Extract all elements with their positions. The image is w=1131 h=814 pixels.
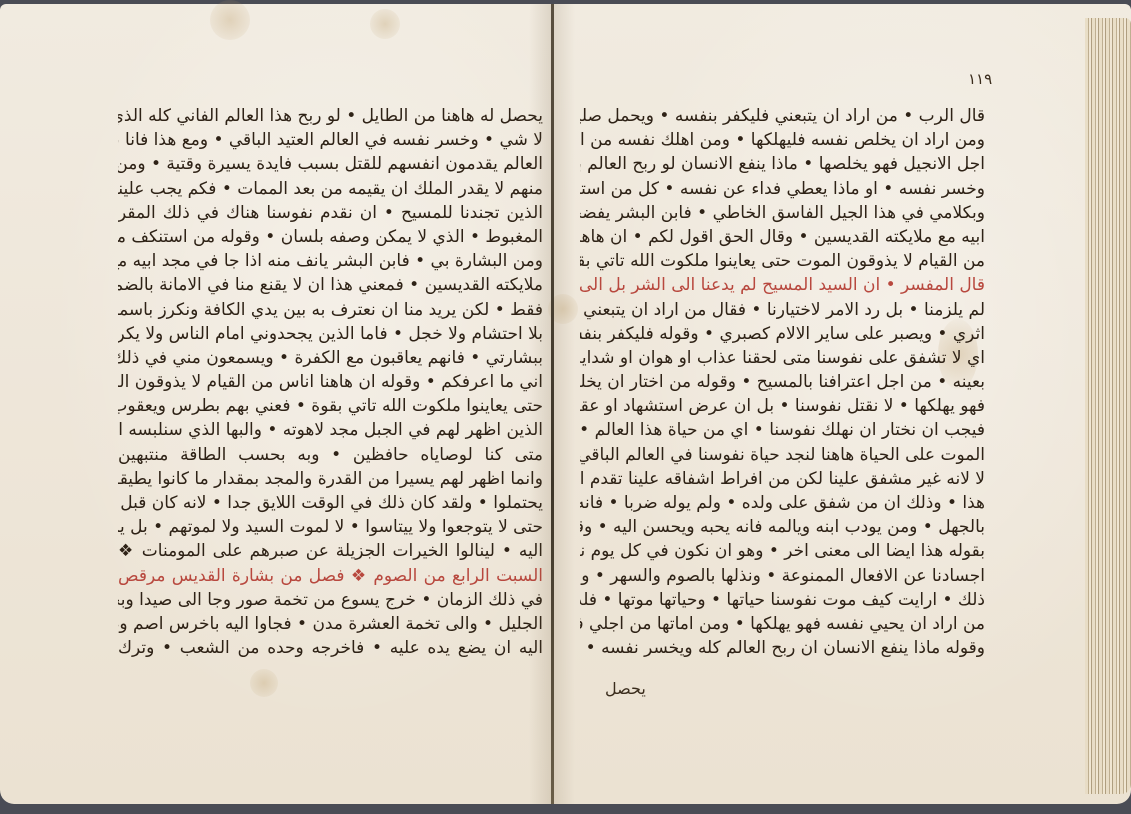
- text-line: قال المفسر • ان السيد المسيح لم يدعنا ال…: [580, 273, 985, 297]
- page-number: ١١٩: [968, 70, 992, 88]
- right-page-text: قال الرب • من اراد ان يتبعني فليكفر بنفس…: [580, 104, 985, 660]
- stain: [370, 9, 400, 39]
- text-line: منهم لا يقدر الملك ان يقيمه من بعد المما…: [118, 177, 543, 201]
- text-line: المغبوط • الذي لا يمكن وصفه بلسان • وقول…: [118, 225, 543, 249]
- text-line: الذين اظهر لهم في الجبل مجد لاهوته • وال…: [118, 418, 543, 442]
- left-page-text: يحصل له هاهنا من الطايل • لو ربح هذا الع…: [118, 104, 543, 660]
- text-line: فهو يهلكها • لا نقتل نفوسنا • بل ان عرض …: [580, 394, 985, 418]
- text-line: اي لا تشفق على نفوسنا متى لحقنا عذاب او …: [580, 346, 985, 370]
- text-line: هذا • وذلك ان من شفق على ولده • ولم يوله…: [580, 491, 985, 515]
- text-line: حتى يعاينوا ملكوت الله تاتي بقوة • فعني …: [118, 394, 543, 418]
- text-line: ومن اراد ان يخلص نفسه فليهلكها • ومن اهل…: [580, 128, 985, 152]
- text-line: ابيه مع ملايكته القديسين • وقال الحق اقو…: [580, 225, 985, 249]
- text-line: اجل الانجيل فهو يخلصها • ماذا ينفع الانس…: [580, 152, 985, 176]
- text-line: اجسادنا عن الافعال الممنوعة • ونذلها بال…: [580, 564, 985, 588]
- text-line: وخسر نفسه • او ماذا يعطي فداء عن نفسه • …: [580, 177, 985, 201]
- text-line: العالم يقدمون انفسهم للقتل بسبب فايدة يس…: [118, 152, 543, 176]
- text-line: فيجب ان نختار ان نهلك نفوسنا • اي من حيا…: [580, 418, 985, 442]
- text-line: اليه ان يضع يده عليه • فاخرجه وحده من ال…: [118, 636, 543, 660]
- text-line: بقوله هذا ايضا الى معنى اخر • وهو ان نكو…: [580, 539, 985, 563]
- text-line: لم يلزمنا • بل رد الامر لاختيارنا • فقال…: [580, 298, 985, 322]
- book-gutter: [551, 4, 554, 804]
- text-line: لا لانه غير مشفق علينا لكن من افراط اشفا…: [580, 467, 985, 491]
- text-line: بعينه • من اجل اعترافنا بالمسيح • وقوله …: [580, 370, 985, 394]
- text-line: اني ما اعرفكم • وقوله ان هاهنا اناس من ا…: [118, 370, 543, 394]
- text-line: بالجهل • ومن يودب ابنه ويالمه فانه يحبه …: [580, 515, 985, 539]
- text-line: السبت الرابع من الصوم ❖ فصل من بشارة الق…: [118, 564, 543, 588]
- text-line: ملايكته القديسين • فمعني هذا ان لا يقنع …: [118, 273, 543, 297]
- text-line: وانما اظهر لهم يسيرا من القدرة والمجد بم…: [118, 467, 543, 491]
- text-line: ومن البشارة بي • فابن البشر يانف منه اذا…: [118, 249, 543, 273]
- text-line: الجليل • والى تخمة العشرة مدن • فجاوا ال…: [118, 612, 543, 636]
- text-line: قال الرب • من اراد ان يتبعني فليكفر بنفس…: [580, 104, 985, 128]
- text-line: بلا احتشام ولا خجل • فاما الذين يجحدوني …: [118, 322, 543, 346]
- right-page-edges: [1085, 18, 1131, 794]
- left-page: يحصل له هاهنا من الطايل • لو ربح هذا الع…: [0, 4, 553, 804]
- text-line: ذلك • ارايت كيف موت نفوسنا حياتها • وحيا…: [580, 588, 985, 612]
- text-line: من اراد ان يحيي نفسه فهو يهلكها • ومن ام…: [580, 612, 985, 636]
- text-line: اليه • لينالوا الخيرات الجزيلة عن صبرهم …: [118, 539, 543, 563]
- text-line: وقوله ماذا ينفع الانسان ان ربح العالم كل…: [580, 636, 985, 660]
- stain: [250, 669, 278, 697]
- text-line: الذين تجندنا للمسيح • ان نقدم نفوسنا هنا…: [118, 201, 543, 225]
- catchword: يحصل: [605, 679, 646, 698]
- text-line: الموت على الحياة هاهنا لنجد حياة نفوسنا …: [580, 443, 985, 467]
- text-line: من القيام لا يذوقون الموت حتى يعاينوا مل…: [580, 249, 985, 273]
- text-line: في ذلك الزمان • خرج يسوع من تخمة صور وجا…: [118, 588, 543, 612]
- text-line: ببشارتي • فانهم يعاقبون مع الكفرة • ويسم…: [118, 346, 543, 370]
- text-line: متى كنا لوصاياه حافظين • وبه بحسب الطاقة…: [118, 443, 543, 467]
- open-manuscript: يحصل له هاهنا من الطايل • لو ربح هذا الع…: [0, 4, 1131, 804]
- text-line: لا شي • وخسر نفسه في العالم العتيد الباق…: [118, 128, 543, 152]
- text-line: اثري • ويصبر على ساير الالام كصبري • وقو…: [580, 322, 985, 346]
- stain: [210, 0, 250, 40]
- text-line: يحصل له هاهنا من الطايل • لو ربح هذا الع…: [118, 104, 543, 128]
- text-line: وبكلامي في هذا الجيل الفاسق الخاطي • فاب…: [580, 201, 985, 225]
- text-line: يحتملوا • ولقد كان ذلك في الوقت اللايق ج…: [118, 491, 543, 515]
- text-line: حتى لا يتوجعوا ولا ييتاسوا • لا لموت الس…: [118, 515, 543, 539]
- text-line: فقط • لكن يريد منا ان نعترف به بين يدي ا…: [118, 298, 543, 322]
